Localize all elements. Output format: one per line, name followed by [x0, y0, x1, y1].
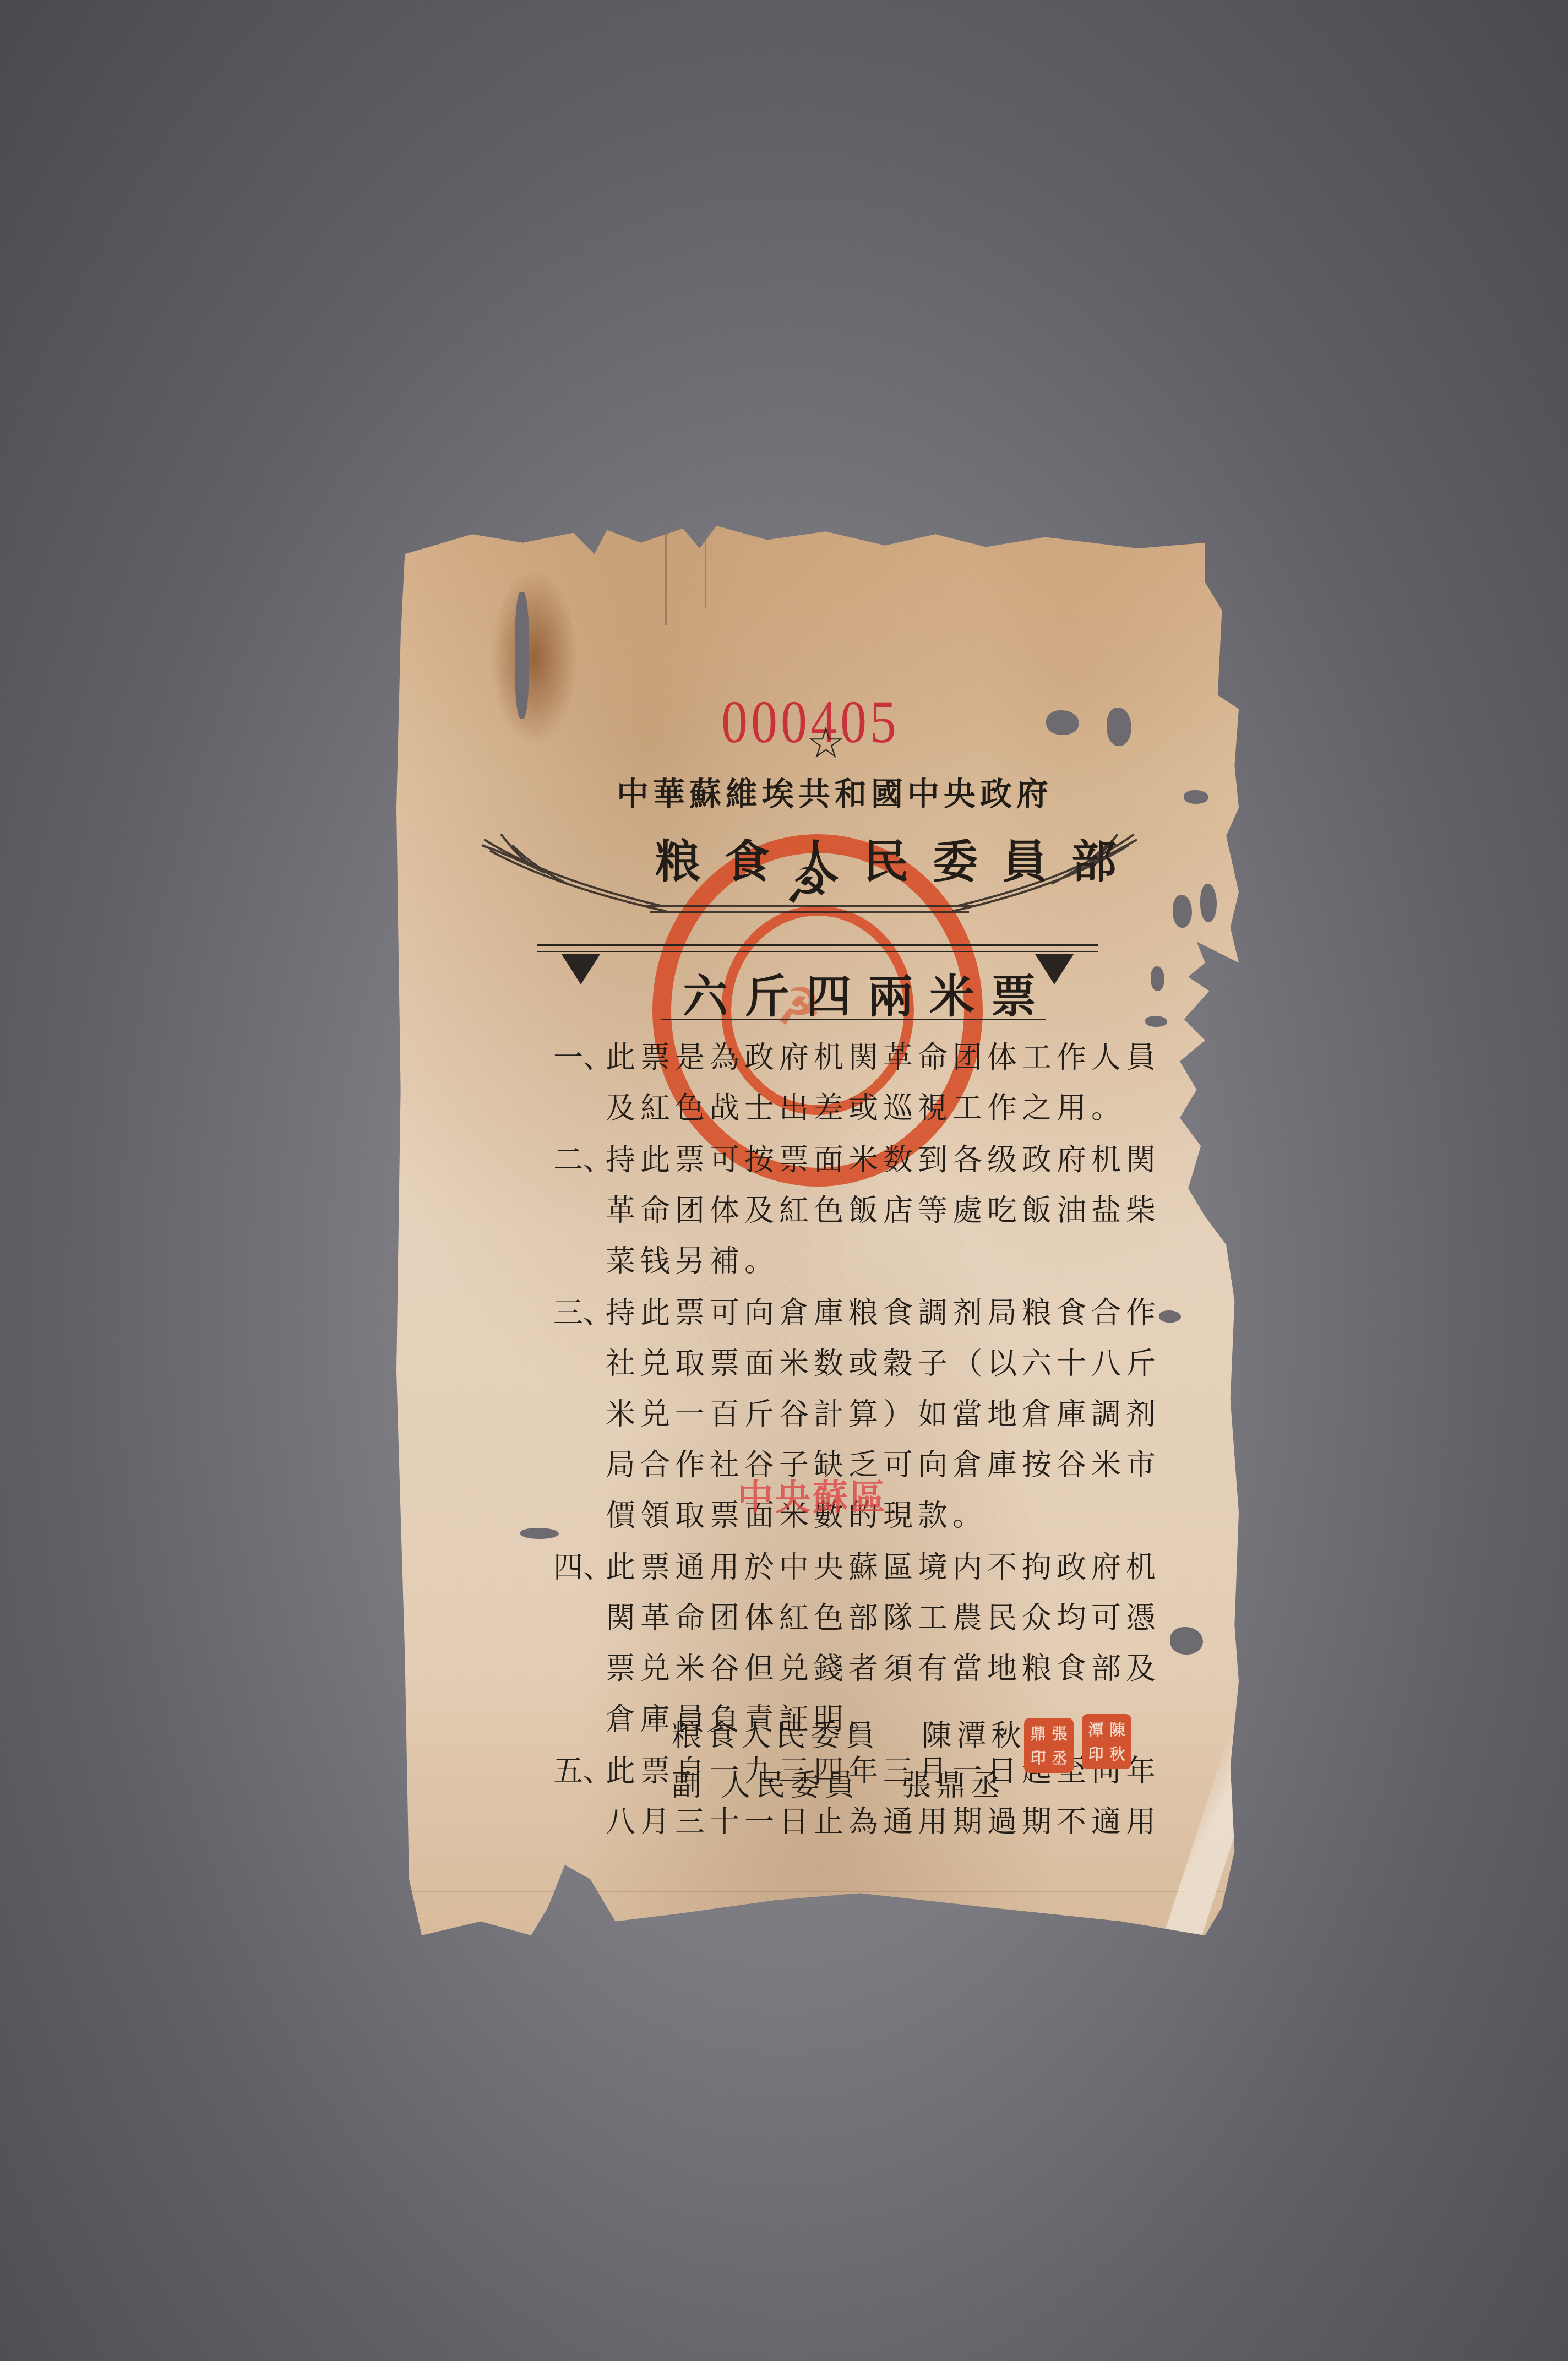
clause-number: 二、 — [553, 1135, 606, 1287]
hole — [1046, 710, 1079, 735]
crease — [665, 526, 667, 625]
hole — [1151, 966, 1164, 991]
slit-hole — [515, 592, 529, 719]
signature-seal-zhang: 鼎張 印丞 — [1024, 1718, 1074, 1773]
clause-number: 一、 — [553, 1032, 606, 1134]
signature-line-2: 副 人民委員 張鼎丞 — [672, 1762, 1005, 1804]
hole — [1145, 1016, 1167, 1027]
star-icon: ☆ — [807, 719, 845, 768]
hole — [1184, 790, 1208, 804]
hammer-sickle-icon: ☭ — [785, 857, 829, 915]
wheat-ears-icon: ☭ — [479, 834, 1140, 922]
signatory-title: 副 人民委員 — [672, 1768, 859, 1803]
crease — [705, 526, 706, 608]
signature-line-1: 粮食人民委員 陳潭秋 — [672, 1712, 1026, 1755]
clause-2: 二、 持此票可按票面米数到各级政府机関革命团体及紅色飯店等處吃飯油盐柴菜钱另補。 — [553, 1135, 1170, 1287]
clause-text: 持此票可向倉庫粮食調剂局粮食合作社兑取票面米数或穀子（以六十八斤米兑一百斤谷計算… — [606, 1288, 1170, 1541]
hole — [1173, 895, 1192, 928]
divider-rule — [537, 951, 1098, 952]
signature-seal-chen: 潭陳 印秋 — [1082, 1714, 1131, 1769]
divider-rule — [537, 944, 1098, 946]
hole — [1107, 708, 1131, 746]
signatory-title: 粮食人民委員 — [672, 1718, 880, 1753]
divider-rule — [661, 1019, 1046, 1020]
issuing-government: 中華蘇維埃共和國中央政府 — [617, 768, 1053, 814]
clause-text: 持此票可按票面米数到各级政府机関革命团体及紅色飯店等處吃飯油盐柴菜钱另補。 — [606, 1135, 1170, 1287]
folded-corner — [1163, 1726, 1270, 1935]
denomination: 六斤四兩米票 — [683, 961, 1053, 1025]
central-soviet-area-stamp: 中央蘇區 — [738, 1469, 888, 1520]
signatory-name: 張鼎丞 — [901, 1768, 1005, 1803]
clause-number: 三、 — [553, 1288, 606, 1541]
crease — [396, 1891, 1239, 1892]
clause-number: 四、 — [553, 1542, 606, 1745]
hole — [1200, 884, 1217, 922]
rice-coupon-document: ☭ 000405 ☆ 中華蘇維埃共和國中央政府 粮食人民委員部 ☭ 六斤四兩米票… — [396, 526, 1239, 1935]
clause-number: 五、 — [553, 1746, 606, 1847]
clause-text: 此票是為政府机関革命团体工作人員及紅色战士出差或巡視工作之用。 — [606, 1032, 1170, 1134]
signatory-name: 陳潭秋 — [922, 1718, 1026, 1753]
rust-stain — [490, 570, 578, 746]
hole — [1170, 1627, 1203, 1655]
clause-1: 一、 此票是為政府机関革命团体工作人員及紅色战士出差或巡視工作之用。 — [553, 1032, 1170, 1134]
